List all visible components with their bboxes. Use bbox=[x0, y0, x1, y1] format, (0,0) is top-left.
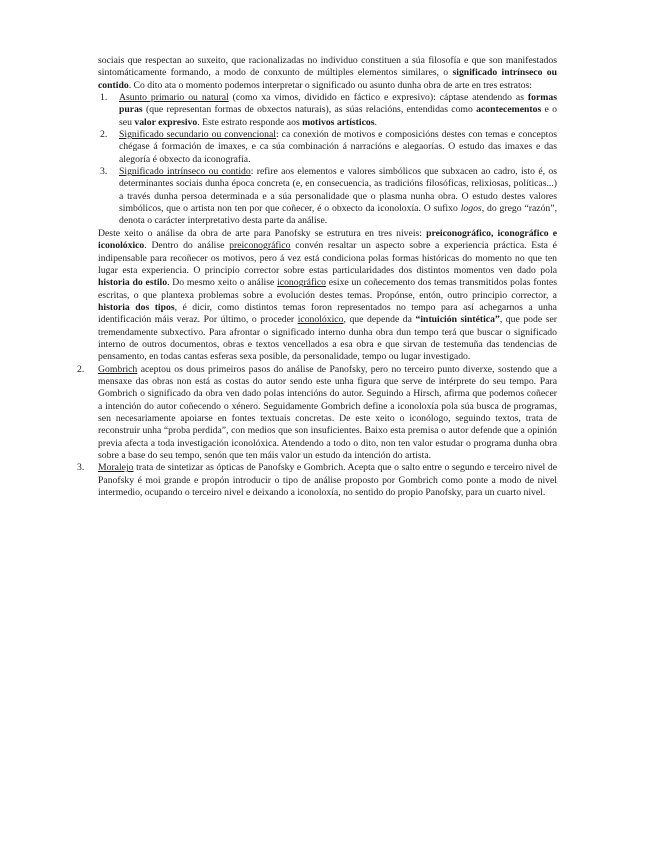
intro-paragraph: sociais que respectan ao suxeito, que ra… bbox=[98, 55, 557, 92]
list-marker: 3. bbox=[77, 462, 84, 474]
document-page: sociais que respectan ao suxeito, que ra… bbox=[0, 0, 655, 848]
list-item-gombrich: 2. Gombrich aceptou os dous primeiros pa… bbox=[98, 364, 557, 463]
list-item-text: Significado intrínseco ou contido: refir… bbox=[119, 166, 557, 226]
panofsky-levels-paragraph: Deste xeito o análise da obra de arte pa… bbox=[98, 228, 557, 364]
list-item-text: Asunto primario ou natural (como xa vimo… bbox=[119, 92, 557, 128]
list-item-stratum-2: 2. Significado secundario ou convenciona… bbox=[98, 129, 557, 166]
list-item-stratum-3: 3. Significado intrínseco ou contido: re… bbox=[98, 166, 557, 228]
list-marker: 1. bbox=[100, 92, 107, 104]
text-column: sociais que respectan ao suxeito, que ra… bbox=[98, 55, 557, 499]
list-item-text: Moralejo trata de sintetizar as ópticas … bbox=[98, 462, 557, 498]
list-item-stratum-1: 1. Asunto primario ou natural (como xa v… bbox=[98, 92, 557, 129]
list-marker: 2. bbox=[100, 129, 107, 141]
list-item-text: Significado secundario ou convencional: … bbox=[119, 129, 557, 165]
list-item-moralejo: 3. Moralejo trata de sintetizar as óptic… bbox=[98, 462, 557, 499]
list-marker: 2. bbox=[77, 364, 84, 376]
list-marker: 3. bbox=[100, 166, 107, 178]
list-item-text: Gombrich aceptou os dous primeiros pasos… bbox=[98, 364, 557, 461]
